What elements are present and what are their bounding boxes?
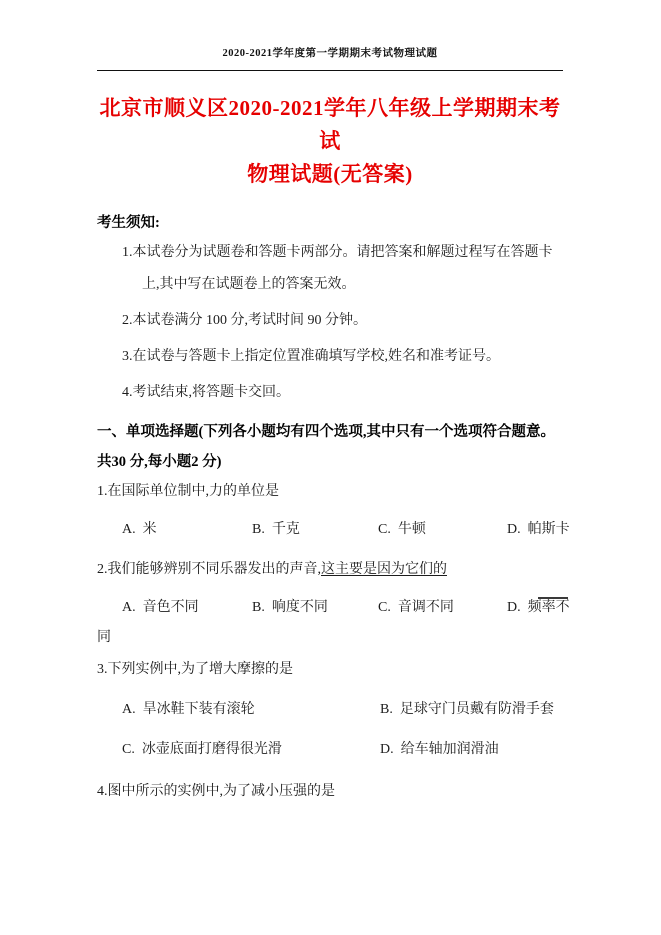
q3-option-d: D.给车轴加润滑油	[380, 735, 499, 765]
question-1-options: A.米 B.千克 C.牛顿 D.帕斯卡	[97, 515, 563, 545]
q1-option-d-label: D.	[507, 522, 521, 537]
question-1-stem: 1.在国际单位制中,力的单位是	[97, 477, 563, 507]
q3-option-b: B.足球守门员戴有防滑手套	[380, 695, 554, 725]
question-4-stem: 4.图中所示的实例中,为了减小压强的是	[97, 777, 563, 807]
header-running-title: 2020-2021学年度第一学期期末考试物理试题	[223, 48, 438, 59]
title-line-2: 物理试题(无答案)	[97, 158, 563, 191]
q2-stem-underlined: 这主要是因为它们的	[321, 562, 447, 577]
q1-option-b-text: 千克	[272, 522, 300, 537]
q1-option-d-text: 帕斯卡	[528, 522, 570, 537]
notice-item-3: 3.在试卷与答题卡上指定位置准确填写学校,姓名和准考证号。	[97, 341, 563, 373]
question-3-options-row-1: A.旱冰鞋下装有滚轮 B.足球守门员戴有防滑手套	[97, 695, 563, 725]
q1-option-a-label: A.	[122, 522, 136, 537]
q1-option-c-text: 牛顿	[398, 522, 426, 537]
q3-option-a: A.旱冰鞋下装有滚轮	[122, 695, 255, 725]
q3-option-b-label: B.	[380, 702, 393, 717]
q1-option-c-label: C.	[378, 522, 391, 537]
q2-stem-normal: 2.我们能够辨别不同乐器发出的声音,	[97, 562, 321, 577]
q2-option-c-label: C.	[378, 600, 391, 615]
q2-option-d: D.频率不	[507, 593, 570, 623]
q2-option-d-wrapped-text: 同	[97, 623, 563, 653]
q3-option-a-label: A.	[122, 702, 136, 717]
title-line-1: 北京市顺义区2020-2021学年八年级上学期期末考试	[97, 92, 563, 158]
q3-option-c: C.冰壶底面打磨得很光滑	[122, 735, 282, 765]
notice-item-4: 4.考试结束,将答题卡交回。	[97, 377, 563, 409]
q2-option-a-text: 音色不同	[143, 600, 199, 615]
q1-option-c: C.牛顿	[378, 515, 426, 545]
q3-option-b-text: 足球守门员戴有防滑手套	[400, 702, 554, 717]
q1-option-d: D.帕斯卡	[507, 515, 570, 545]
question-3-stem: 3.下列实例中,为了增大摩擦的是	[97, 655, 563, 685]
q2-option-c-text: 音调不同	[398, 600, 454, 615]
q2-option-d-label: D.	[507, 600, 521, 615]
q2-option-a: A.音色不同	[122, 593, 199, 623]
q1-option-a-text: 米	[143, 522, 157, 537]
q1-option-b-label: B.	[252, 522, 265, 537]
document-header: 2020-2021学年度第一学期期末考试物理试题	[97, 0, 563, 71]
q2-option-b-text: 响度不同	[272, 600, 328, 615]
q3-option-c-text: 冰壶底面打磨得很光滑	[142, 742, 282, 757]
page-content: 2020-2021学年度第一学期期末考试物理试题 北京市顺义区2020-2021…	[97, 0, 563, 807]
q3-option-c-label: C.	[122, 742, 135, 757]
q1-option-a: A.米	[122, 515, 157, 545]
question-2-options: A.音色不同 B.响度不同 C.音调不同 D.频率不	[97, 593, 563, 623]
q2-option-c: C.音调不同	[378, 593, 454, 623]
q3-option-a-text: 旱冰鞋下装有滚轮	[143, 702, 255, 717]
notice-item-1: 1.本试卷分为试题卷和答题卡两部分。请把答案和解题过程写在答题卡上,其中写在试题…	[97, 237, 563, 301]
q2-option-b: B.响度不同	[252, 593, 328, 623]
question-3-options-row-2: C.冰壶底面打磨得很光滑 D.给车轴加润滑油	[97, 735, 563, 765]
q2-option-b-label: B.	[252, 600, 265, 615]
notice-label: 考生须知:	[97, 213, 563, 233]
q1-option-b: B.千克	[252, 515, 300, 545]
document-title: 北京市顺义区2020-2021学年八年级上学期期末考试 物理试题(无答案)	[97, 92, 563, 191]
notice-item-2: 2.本试卷满分 100 分,考试时间 90 分钟。	[97, 305, 563, 337]
section-heading: 一、单项选择题(下列各小题均有四个选项,其中只有一个选项符合题意。共30 分,每…	[97, 417, 563, 477]
q2-option-d-text: 频率不	[528, 600, 570, 615]
q3-option-d-label: D.	[380, 742, 394, 757]
stray-line-artifact	[538, 597, 568, 599]
q2-option-a-label: A.	[122, 600, 136, 615]
q3-option-d-text: 给车轴加润滑油	[401, 742, 499, 757]
question-2-stem: 2.我们能够辨别不同乐器发出的声音,这主要是因为它们的	[97, 555, 563, 585]
document-page: 2020-2021学年度第一学期期末考试物理试题 北京市顺义区2020-2021…	[0, 0, 661, 935]
